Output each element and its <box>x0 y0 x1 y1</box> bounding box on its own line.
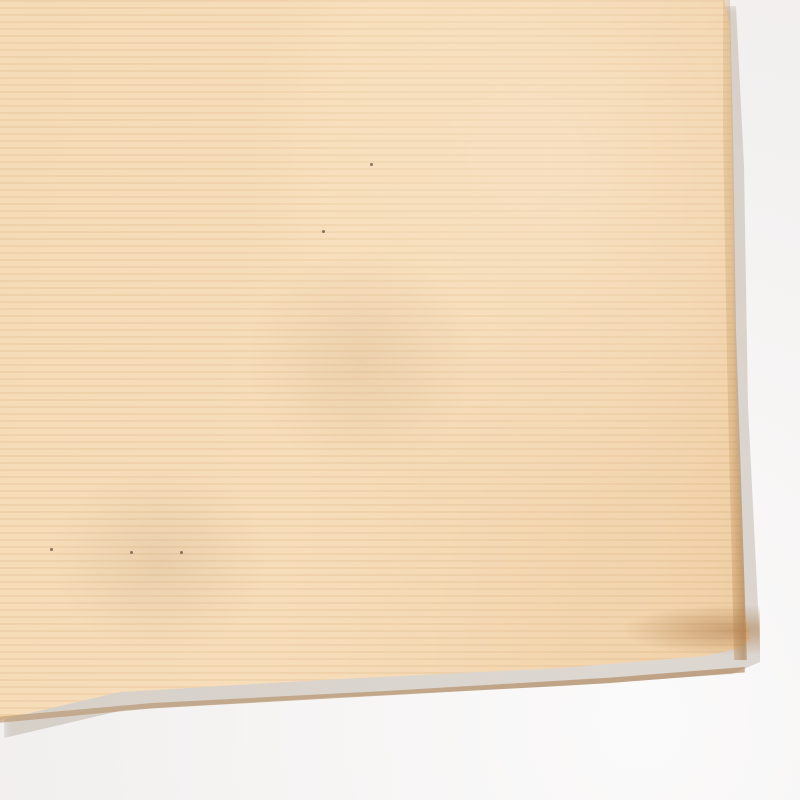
paper-speck <box>50 548 53 551</box>
paper-worn-corner <box>600 600 760 660</box>
paper-speck <box>322 230 325 233</box>
paper-speck <box>370 163 373 166</box>
photo-scene <box>0 0 800 800</box>
paper-speck <box>130 551 133 554</box>
paper-speck <box>180 551 183 554</box>
